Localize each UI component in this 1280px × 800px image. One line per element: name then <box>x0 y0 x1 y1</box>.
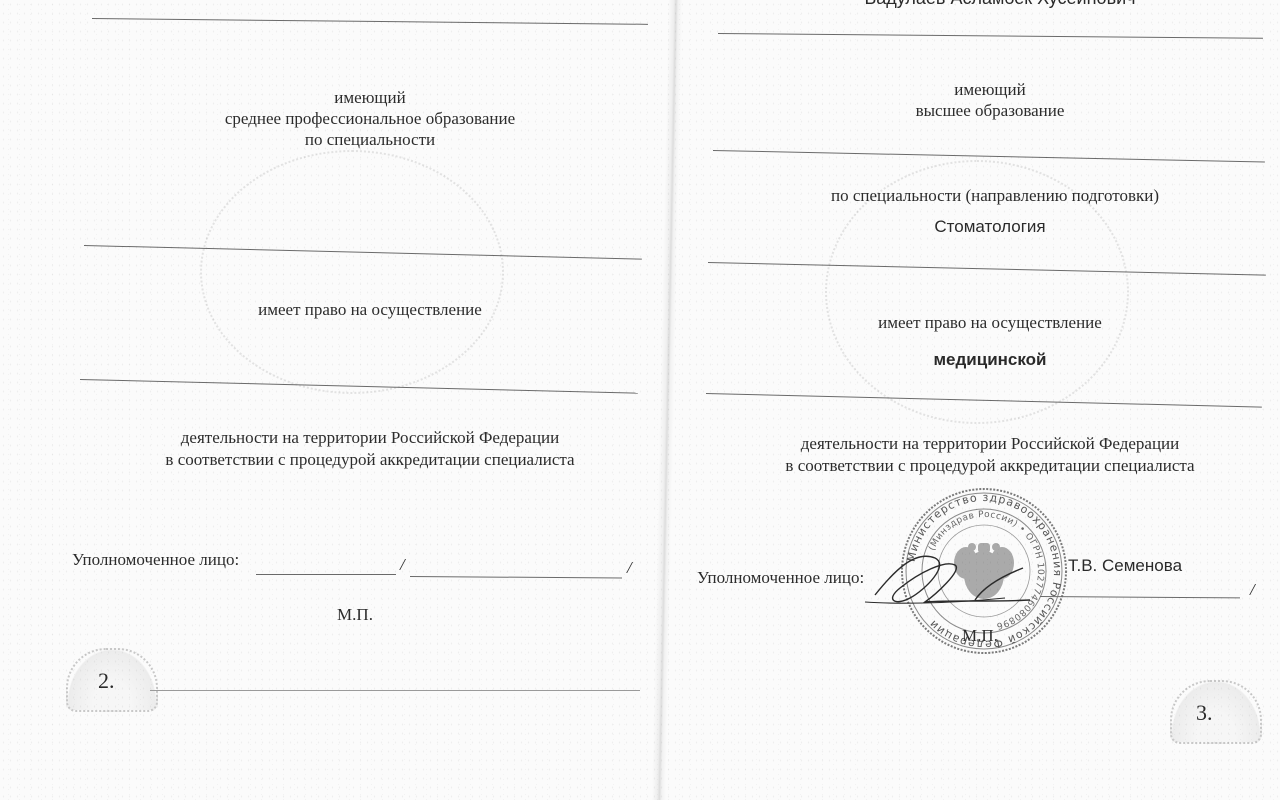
authorized-person-label: Уполномоченное лицо: <box>697 568 864 588</box>
document-spread: имеющий среднее профессиональное образов… <box>0 0 1280 800</box>
text-having: имеющий <box>120 88 620 108</box>
signature-line <box>256 574 396 575</box>
activity-type: медицинской <box>860 350 1120 370</box>
left-page: имеющий среднее профессиональное образов… <box>0 0 665 800</box>
holder-name: Бадулаев Асламбек Хусейнович <box>780 0 1220 9</box>
seal-place: М.П. <box>930 626 1030 646</box>
handwritten-signature <box>855 540 1045 620</box>
text-specialty-label: по специальности (направлению подготовки… <box>760 186 1230 206</box>
text-activity-line2: в соответствии с процедурой аккредитации… <box>100 450 640 470</box>
bottom-rule <box>150 690 640 691</box>
text-right-to: имеет право на осуществление <box>800 313 1180 333</box>
text-specialty-label: по специальности <box>120 130 620 150</box>
seal-place: М.П. <box>300 605 410 625</box>
text-having: имеющий <box>780 80 1200 100</box>
watermark-emblem <box>200 150 504 394</box>
separator-slash: / <box>627 558 632 578</box>
authorized-person-label: Уполномоченное лицо: <box>72 550 239 570</box>
rule-line <box>92 18 648 25</box>
signer-name: Т.В. Семенова <box>1068 556 1198 576</box>
specialty-value: Стоматология <box>860 217 1120 237</box>
text-right-to: имеет право на осуществление <box>120 300 620 320</box>
text-activity-line1: деятельности на территории Российской Фе… <box>100 428 640 448</box>
page-number: 2. <box>98 668 115 694</box>
name-line <box>410 576 622 578</box>
separator-slash: / <box>1250 580 1255 600</box>
page-number: 3. <box>1196 700 1213 726</box>
text-education-level: высшее образование <box>780 101 1200 121</box>
text-activity-line1: деятельности на территории Российской Фе… <box>740 434 1240 454</box>
separator-slash: / <box>400 555 405 575</box>
text-education-level: среднее профессиональное образование <box>120 109 620 129</box>
page-rosette-ornament <box>1170 680 1262 744</box>
text-activity-line2: в соответствии с процедурой аккредитации… <box>740 456 1240 476</box>
